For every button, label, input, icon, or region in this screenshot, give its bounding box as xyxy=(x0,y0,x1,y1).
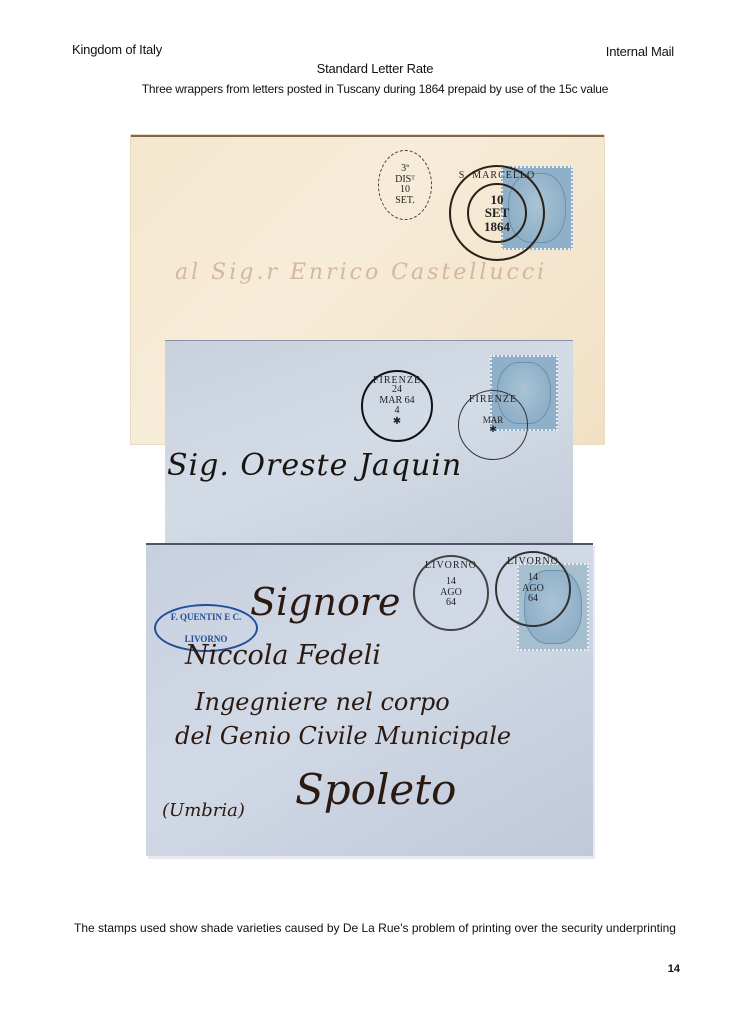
postmark-year: 64 xyxy=(528,594,538,605)
postmark-ring-text: S. MARCELLO xyxy=(451,171,543,182)
address-cover2: Sig. Oreste Jaquin xyxy=(167,448,462,483)
header-category: Internal Mail xyxy=(606,44,674,59)
page-number: 14 xyxy=(668,963,680,975)
page-title: Standard Letter Rate xyxy=(0,61,750,76)
handstamp-top-text: F. QUENTIN E C. xyxy=(171,612,241,622)
oval-line: 3ª xyxy=(401,164,409,175)
postmark-ring-text: FIRENZE xyxy=(363,376,431,387)
postmark-hour: 4 xyxy=(395,406,400,417)
oval-line: SET. xyxy=(395,196,415,207)
postmark-firenze: FIRENZE 24 MAR 64 4 ✱ xyxy=(361,370,433,442)
postmark-star-icon: ✱ xyxy=(489,425,497,434)
postmark-san-marcello: S. MARCELLO 10 SET 1864 xyxy=(449,165,545,261)
postmark-day: 24 xyxy=(392,385,402,396)
postmark-year: 1864 xyxy=(484,220,510,234)
address-line: del Genio Civile Municipale xyxy=(175,722,511,750)
postmark-ring-text: FIRENZE xyxy=(459,395,527,406)
oval-line: 10 xyxy=(400,185,410,196)
postmark-livorno: LIVORNO 14 AGO 64 xyxy=(413,555,489,631)
address-line: (Umbria) xyxy=(162,800,245,821)
page-subtitle: Three wrappers from letters posted in Tu… xyxy=(0,82,750,96)
address-line: Niccola Fedeli xyxy=(185,640,381,671)
caption: The stamps used show shade varieties cau… xyxy=(0,921,750,935)
postmark-ring-text: LIVORNO xyxy=(497,557,569,568)
postmark-ring-text: LIVORNO xyxy=(415,561,487,572)
postmark-day: 10 xyxy=(491,193,504,207)
postmark-firenze-cancel: FIRENZE MAR ✱ xyxy=(458,390,528,460)
postmark-month: SET xyxy=(485,206,510,220)
oval-distribution-mark: 3ª DISᵀ 10 SET. xyxy=(378,150,432,220)
address-line: Signore xyxy=(250,580,401,624)
postmark-livorno-cancel: LIVORNO 14 AGO 64 xyxy=(495,551,571,627)
header-country: Kingdom of Italy xyxy=(72,42,162,57)
postmark-year: 64 xyxy=(446,598,456,609)
address-cover1: al Sig.r Enrico Castellucci xyxy=(175,260,547,285)
address-line: Ingegniere nel corpo xyxy=(195,688,450,716)
postmark-star-icon: ✱ xyxy=(393,417,401,428)
address-line: Spoleto xyxy=(295,765,456,814)
